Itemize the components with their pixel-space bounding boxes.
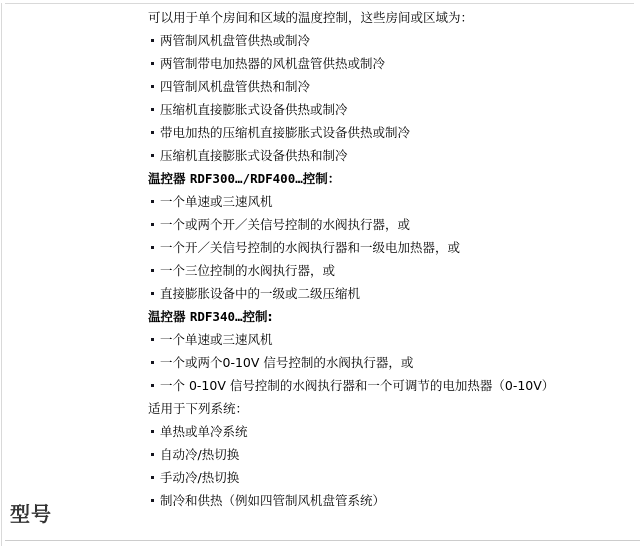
list-item: 手动冷/热切换 <box>148 466 640 489</box>
list-item: 单热或单冷系统 <box>148 420 640 443</box>
heading-suffix: 控制: <box>243 309 273 324</box>
bullet-icon <box>151 39 154 42</box>
list-item: 制冷和供热（例如四管制风机盘管系统） <box>148 489 640 512</box>
list-item: 自动冷/热切换 <box>148 443 640 466</box>
left-border <box>1 3 2 546</box>
list-item: 压缩机直接膨胀式设备供热或制冷 <box>148 98 640 121</box>
list-item: 两管制带电加热器的风机盘管供热或制冷 <box>148 52 640 75</box>
list-item: 一个或两个开／关信号控制的水阀执行器，或 <box>148 213 640 236</box>
document-body: 可以用于单个房间和区域的温度控制，这些房间或区域为： 两管制风机盘管供热或制冷 … <box>148 6 640 512</box>
list-item-text: 两管制风机盘管供热或制冷 <box>160 29 310 52</box>
bullet-icon <box>151 430 154 433</box>
bullet-icon <box>151 499 154 502</box>
bullet-icon <box>151 200 154 203</box>
list-item-text: 一个三位控制的水阀执行器，或 <box>160 259 335 282</box>
list-item-text: 单热或单冷系统 <box>160 420 248 443</box>
list-item: 一个 0-10V 信号控制的水阀执行器和一个可调节的电加热器（0-10V） <box>148 374 640 397</box>
list-item-text: 手动冷/热切换 <box>160 466 239 489</box>
list-item: 一个开／关信号控制的水阀执行器和一级电加热器，或 <box>148 236 640 259</box>
list-item-text: 压缩机直接膨胀式设备供热或制冷 <box>160 98 348 121</box>
section-heading-rdf300-rdf400: 温控器 RDF300…/RDF400…控制： <box>148 167 640 190</box>
bullet-icon <box>151 223 154 226</box>
bullet-icon <box>151 269 154 272</box>
list-item: 直接膨胀设备中的一级或二级压缩机 <box>148 282 640 305</box>
section-heading-rdf340: 温控器 RDF340…控制: <box>148 305 640 328</box>
list-item-text: 直接膨胀设备中的一级或二级压缩机 <box>160 282 360 305</box>
list-item-text: 一个 0-10V 信号控制的水阀执行器和一个可调节的电加热器（0-10V） <box>160 374 554 397</box>
list-item-text: 一个单速或三速风机 <box>160 190 273 213</box>
heading-prefix: 温控器 <box>148 171 190 186</box>
list-item-text: 压缩机直接膨胀式设备供热和制冷 <box>160 144 348 167</box>
heading-prefix: 温控器 <box>148 309 190 324</box>
bullet-icon <box>151 361 154 364</box>
list-item-text: 带电加热的压缩机直接膨胀式设备供热或制冷 <box>160 121 410 144</box>
bullet-icon <box>151 476 154 479</box>
list-item-text: 一个开／关信号控制的水阀执行器和一级电加热器，或 <box>160 236 460 259</box>
list-item-text: 一个或两个开／关信号控制的水阀执行器，或 <box>160 213 410 236</box>
bullet-icon <box>151 453 154 456</box>
bullet-icon <box>151 62 154 65</box>
bullet-icon <box>151 338 154 341</box>
model-number: RDF340… <box>190 309 243 324</box>
list-item: 压缩机直接膨胀式设备供热和制冷 <box>148 144 640 167</box>
list-item: 一个或两个0-10V 信号控制的水阀执行器，或 <box>148 351 640 374</box>
bullet-icon <box>151 292 154 295</box>
top-divider <box>5 3 634 4</box>
list-item: 一个三位控制的水阀执行器，或 <box>148 259 640 282</box>
bullet-icon <box>151 154 154 157</box>
intro-text: 可以用于单个房间和区域的温度控制，这些房间或区域为： <box>148 6 640 29</box>
bottom-divider <box>5 540 640 541</box>
heading-suffix: 控制： <box>303 171 341 186</box>
list-item: 四管制风机盘管供热和制冷 <box>148 75 640 98</box>
list-item: 一个单速或三速风机 <box>148 190 640 213</box>
list-item: 一个单速或三速风机 <box>148 328 640 351</box>
list-item-text: 一个单速或三速风机 <box>160 328 273 351</box>
bullet-icon <box>151 108 154 111</box>
list-item-text: 两管制带电加热器的风机盘管供热或制冷 <box>160 52 385 75</box>
list-item: 带电加热的压缩机直接膨胀式设备供热或制冷 <box>148 121 640 144</box>
page-title: 型号 <box>10 500 52 528</box>
systems-heading: 适用于下列系统： <box>148 397 640 420</box>
list-item-text: 自动冷/热切换 <box>160 443 239 466</box>
bullet-icon <box>151 246 154 249</box>
list-item-text: 一个或两个0-10V 信号控制的水阀执行器，或 <box>160 351 413 374</box>
bullet-icon <box>151 85 154 88</box>
model-number: RDF300…/RDF400… <box>190 171 303 186</box>
list-item: 两管制风机盘管供热或制冷 <box>148 29 640 52</box>
bullet-icon <box>151 131 154 134</box>
list-item-text: 制冷和供热（例如四管制风机盘管系统） <box>160 489 385 512</box>
bullet-icon <box>151 384 154 387</box>
list-item-text: 四管制风机盘管供热和制冷 <box>160 75 310 98</box>
